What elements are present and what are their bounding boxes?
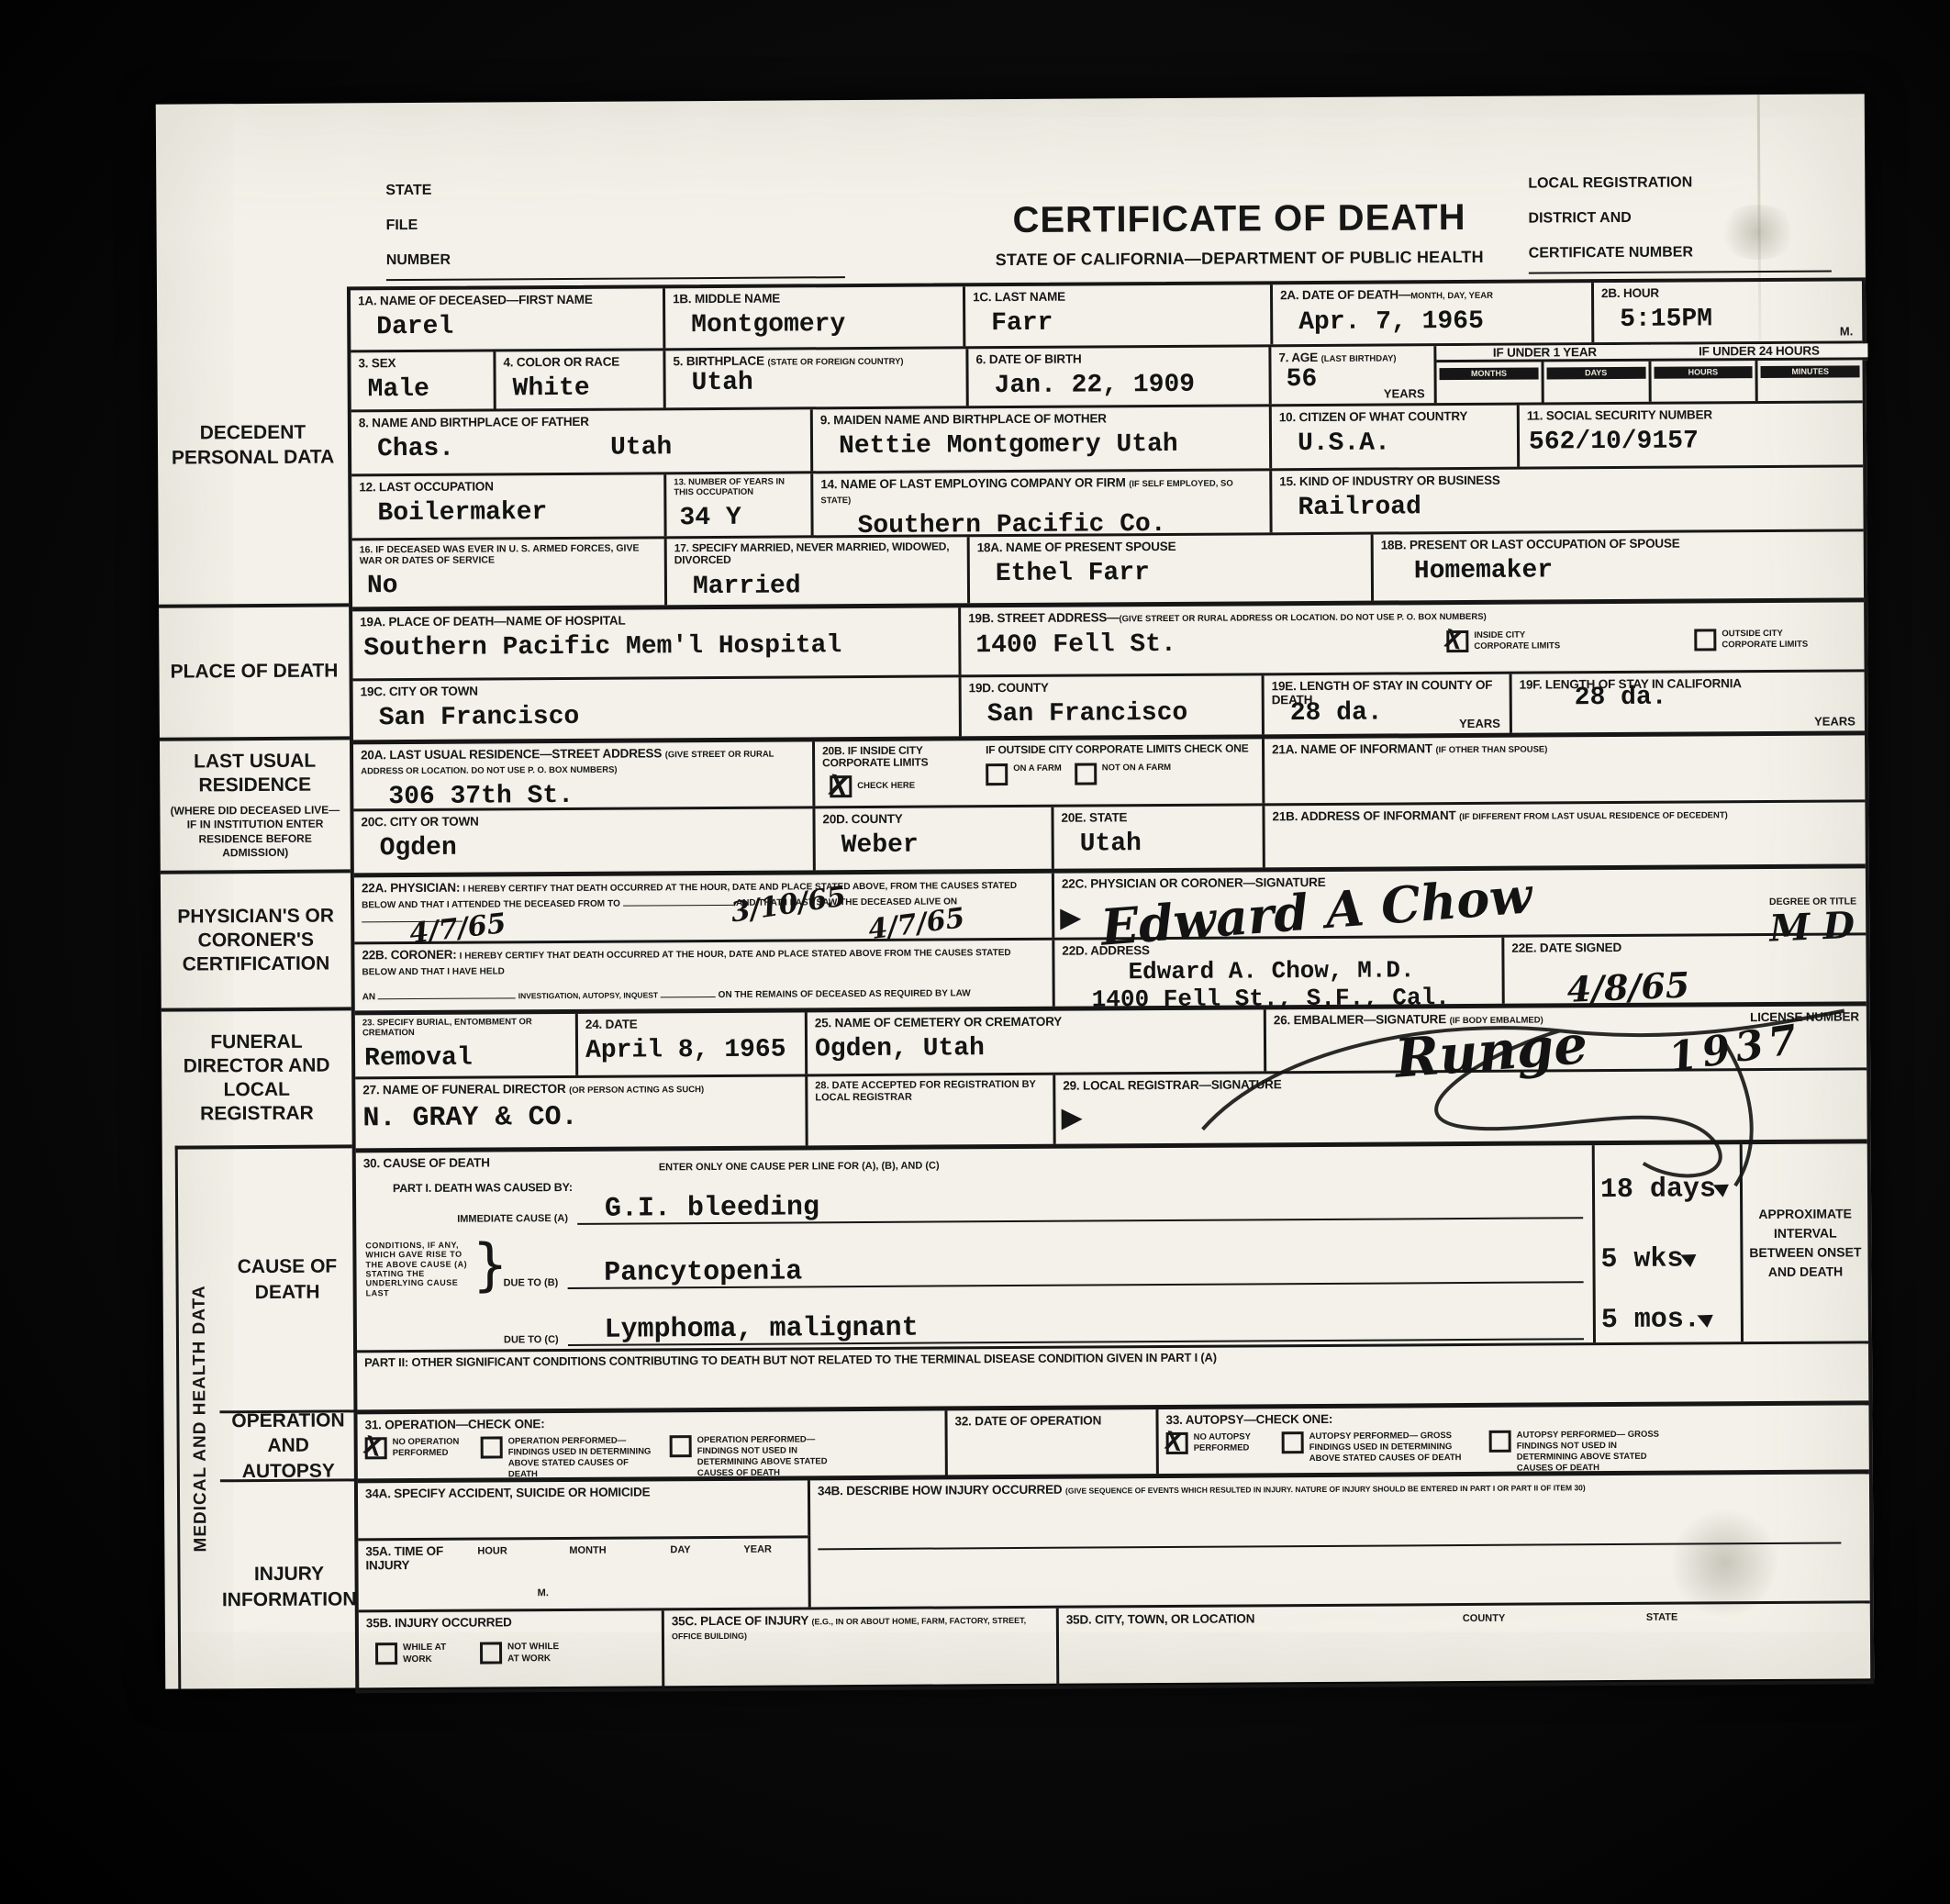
no-autopsy-group: X NO AUTOPSY PERFORMED: [1166, 1431, 1267, 1475]
field-16: 16. IF DECEASED WAS EVER IN U. S. ARMED …: [352, 539, 664, 607]
field-19e-unit: YEARS: [1459, 718, 1500, 729]
field-32: 32. DATE OF OPERATION: [944, 1409, 1155, 1475]
autopsy-findings-not-used-checkbox: [1489, 1431, 1511, 1453]
interval-a: 18 days◀: [1600, 1175, 1716, 1204]
field-4-value: White: [513, 375, 656, 402]
not-while-at-work-checkbox: [480, 1642, 502, 1665]
no-autopsy-checkbox: X: [1166, 1432, 1188, 1454]
state-file-number-block: STATE FILE NUMBER: [385, 184, 451, 288]
m-label: M.: [538, 1587, 549, 1599]
field-2a-value: Apr. 7, 1965: [1298, 308, 1584, 336]
field-20b: 20B. IF INSIDE CITY CORPORATE LIMITS X C…: [812, 739, 1262, 806]
field-6: 6. DATE OF BIRTH Jan. 22, 1909: [965, 347, 1268, 406]
autopsy-findings-not-used-group: AUTOPSY PERFORMED— GROSS FINDINGS NOT US…: [1489, 1430, 1673, 1475]
row-34: 34A. SPECIFY ACCIDENT, SUICIDE OR HOMICI…: [358, 1469, 1869, 1538]
while-at-work-checkbox: [375, 1642, 397, 1665]
on-farm-checkbox: [986, 763, 1008, 785]
registrar-arrow-icon: ▶: [1061, 1105, 1082, 1132]
field-20a-value: 306 37th St.: [388, 782, 805, 810]
page-title: CERTIFICATE OF DEATH: [872, 198, 1606, 239]
field-18b: 18B. PRESENT OR LAST OCCUPATION OF SPOUS…: [1371, 531, 1864, 600]
autopsy-findings-used-checkbox: [1282, 1431, 1304, 1453]
field-13-value: 34 Y: [679, 505, 803, 531]
outside-limits-label: IF OUTSIDE CITY CORPORATE LIMITS CHECK O…: [986, 742, 1254, 756]
field-19f: 19F. LENGTH OF STAY IN CALIFORNIA 28 da.…: [1510, 672, 1865, 732]
field-35a: 35A. TIME OF INJURY HOUR MONTH DAY YEAR …: [358, 1535, 808, 1609]
field-2b-value: 5:15PM: [1620, 306, 1855, 334]
field-22c: 22C. PHYSICIAN OR CORONER—SIGNATURE DEGR…: [1052, 868, 1866, 937]
field-2a: 2A. DATE OF DEATH—MONTH, DAY, YEAR Apr. …: [1270, 283, 1591, 344]
not-on-farm-group: NOT ON A FARM: [1075, 763, 1171, 785]
row-31: 31. OPERATION—CHECK ONE: X NO OPERATION …: [357, 1400, 1868, 1478]
row-4: 12. LAST OCCUPATION Boilermaker 13. NUMB…: [351, 464, 1863, 538]
field-25-value: Ogden, Utah: [815, 1035, 1256, 1063]
days-label: DAYS: [1546, 367, 1645, 379]
field-23-value: Removal: [364, 1045, 568, 1072]
field-22d-line2: 1400 Fell St., S.F., Cal.: [1092, 985, 1450, 1011]
certificate-paper: STATE FILE NUMBER CERTIFICATE OF DEATH S…: [156, 94, 1875, 1688]
row-35b: 35B. INJURY OCCURRED WHILE AT WORK NOT W…: [359, 1600, 1871, 1689]
field-21a-value: [1290, 761, 1857, 764]
field-1c: 1C. LAST NAME Farr: [963, 284, 1270, 346]
immediate-cause-label: IMMEDIATE CAUSE (A): [457, 1213, 568, 1225]
field-28-value: [833, 1109, 1045, 1110]
operation-findings-not-used-group: OPERATION PERFORMED— FINDINGS NOT USED I…: [670, 1434, 844, 1479]
row-20a: 20A. LAST USUAL RESIDENCE—STREET ADDRESS…: [353, 730, 1865, 808]
county-label: COUNTY: [1463, 1613, 1506, 1625]
field-1a-value: Darel: [376, 313, 655, 340]
paper-smudge: [1716, 205, 1799, 261]
field-35d-value: [1085, 1631, 1863, 1635]
field-17: 17. SPECIFY MARRIED, NEVER MARRIED, WIDO…: [664, 537, 967, 605]
sidebar-last-usual-residence: LAST USUAL RESIDENCE (WHERE DID DECEASED…: [160, 736, 351, 870]
cause-a-value: G.I. bleeding: [605, 1192, 819, 1224]
field-10-value: U.S.A.: [1298, 430, 1510, 457]
inside-city-checkbox: X: [1446, 630, 1468, 652]
check-here-label: CHECK HERE: [857, 781, 915, 792]
field-19e: 19E. LENGTH OF STAY IN COUNTY OF DEATH 2…: [1262, 674, 1510, 735]
signature-arrow-icon: ▶: [1060, 905, 1081, 932]
field-19d: 19D. COUNTY San Francisco: [959, 675, 1262, 736]
field-23: 23. SPECIFY BURIAL, ENTOMBMENT OR CREMAT…: [355, 1014, 575, 1076]
sidebar-physician-certification: PHYSICIAN'S OR CORONER'S CERTIFICATION: [161, 869, 351, 1008]
part1-label: PART I. DEATH WAS CAUSED BY:: [393, 1181, 573, 1195]
row-2: 3. SEX Male 4. COLOR OR RACE White 5. BI…: [351, 340, 1862, 409]
operation-findings-used-group: OPERATION PERFORMED— FINDINGS USED IN DE…: [481, 1436, 655, 1481]
field-3: 3. SEX Male: [351, 351, 493, 409]
field-21b: 21B. ADDRESS OF INFORMANT (IF DIFFERENT …: [1262, 802, 1865, 867]
sidebar-place-of-death: PLACE OF DEATH: [159, 603, 350, 737]
row-5: 16. IF DECEASED WAS EVER IN U. S. ARMED …: [352, 529, 1864, 607]
on-farm-group: ON A FARM: [986, 763, 1062, 786]
field-20c-value: Ogden: [380, 834, 806, 863]
field-7: 7. AGE (LAST BIRTHDAY) 56 YEARS: [1268, 346, 1433, 404]
inside-city-group: X INSIDE CITY CORPORATE LIMITS: [1446, 629, 1561, 652]
not-while-at-work-group: NOT WHILE AT WORK: [480, 1642, 572, 1665]
row-19cf: 19C. CITY OR TOWN San Francisco 19D. COU…: [353, 669, 1865, 740]
field-24: 24. DATE April 8, 1965: [575, 1012, 805, 1075]
sidebar-funeral-director: FUNERAL DIRECTOR AND LOCAL REGISTRAR: [162, 1007, 352, 1145]
field-34a: 34A. SPECIFY ACCIDENT, SUICIDE OR HOMICI…: [358, 1480, 808, 1538]
row-27: 27. NAME OF FUNERAL DIRECTOR (OR PERSON …: [355, 1067, 1866, 1148]
field-26: 26. EMBALMER—SIGNATURE (IF BODY EMBALMED…: [1264, 1006, 1866, 1071]
field-35b: 35B. INJURY OCCURRED WHILE AT WORK NOT W…: [359, 1610, 663, 1689]
conditions-label: CONDITIONS, IF ANY, WHICH GAVE RISE TO T…: [365, 1241, 475, 1298]
field-12: 12. LAST OCCUPATION Boilermaker: [351, 474, 663, 538]
field-28: 28. DATE ACCEPTED FOR REGISTRATION BY LO…: [805, 1075, 1053, 1146]
if-under-1-year-label: IF UNDER 1 YEAR: [1436, 345, 1653, 363]
field-20e-value: Utah: [1080, 831, 1255, 858]
field-34a-value: [384, 1506, 800, 1509]
not-on-farm-checkbox: [1075, 763, 1097, 785]
if-under-24-hours-label: IF UNDER 24 HOURS: [1651, 343, 1867, 362]
field-2b: 2B. HOUR 5:15PM M.: [1591, 281, 1862, 342]
row-30: 30. CAUSE OF DEATH ENTER ONLY ONE CAUSE …: [356, 1139, 1868, 1350]
field-9-value: Nettie Montgomery Utah: [839, 431, 1262, 460]
field-20d: 20D. COUNTY Weber: [812, 807, 1051, 871]
district-label: DISTRICT AND: [1528, 210, 1692, 226]
months-label: MONTHS: [1440, 368, 1539, 380]
field-35c-value: [690, 1647, 1049, 1649]
row-35a: 35A. TIME OF INJURY HOUR MONTH DAY YEAR …: [358, 1529, 1869, 1609]
file-label: FILE: [386, 218, 451, 233]
field-19c: 19C. CITY OR TOWN San Francisco: [353, 677, 959, 740]
field-10: 10. CITIZEN OF WHAT COUNTRY U.S.A.: [1269, 406, 1517, 469]
certificate-number-label: CERTIFICATE NUMBER: [1529, 245, 1693, 261]
interval-b: 5 wks◀: [1600, 1246, 1683, 1275]
field-18a-value: Ethel Farr: [996, 560, 1364, 587]
day-label: DAY: [670, 1544, 690, 1556]
interval-c: 5 mos.◀: [1601, 1306, 1700, 1334]
field-34b-writing-area: [808, 1529, 1869, 1607]
residence-note: (WHERE DID DECEASED LIVE—IF IN INSTITUTI…: [169, 803, 340, 862]
while-at-work-group: WHILE AT WORK: [375, 1642, 458, 1666]
autopsy-findings-used-group: AUTOPSY PERFORMED— GROSS FINDINGS USED I…: [1282, 1431, 1475, 1475]
month-label: MONTH: [569, 1545, 606, 1557]
no-operation-checkbox: X: [365, 1437, 387, 1459]
field-20d-value: Weber: [841, 832, 1044, 859]
field-2b-m: M.: [1840, 325, 1854, 337]
field-20e: 20E. STATE Utah: [1051, 806, 1262, 868]
field-18b-value: Homemaker: [1414, 557, 1856, 585]
field-14: 14. NAME OF LAST EMPLOYING COMPANY OR FI…: [810, 471, 1269, 535]
field-19c-value: San Francisco: [379, 703, 952, 732]
due-b-label: DUE TO (B): [504, 1277, 559, 1289]
field-18a: 18A. NAME OF PRESENT SPOUSE Ethel Farr: [967, 535, 1371, 604]
field-35d: 35D. CITY, TOWN, OR LOCATION COUNTY STAT…: [1056, 1603, 1870, 1685]
field-19f-unit: YEARS: [1814, 715, 1855, 727]
field-9: 9. MAIDEN NAME AND BIRTHPLACE OF MOTHER …: [810, 406, 1269, 471]
operation-findings-used-checkbox: [481, 1437, 503, 1459]
state-label: STATE: [1646, 1612, 1678, 1624]
number-label: NUMBER: [386, 253, 451, 268]
field-4: 4. COLOR OR RACE White: [493, 351, 663, 408]
field-3-value: Male: [368, 377, 486, 404]
field-17-value: Married: [693, 573, 960, 600]
field-19a: 19A. PLACE OF DEATH—NAME OF HOSPITAL Sou…: [352, 607, 958, 678]
state-label: STATE: [385, 184, 450, 198]
approximate-interval-label: APPROXIMATE INTERVAL BETWEEN ONSET AND D…: [1740, 1143, 1868, 1342]
due-c-label: DUE TO (C): [504, 1334, 559, 1346]
field-20c: 20C. CITY OR TOWN Ogden: [353, 808, 812, 873]
field-22e-value: 4/8/65: [1566, 961, 1859, 1008]
row-23: 23. SPECIFY BURIAL, ENTOMBMENT OR CREMAT…: [355, 1001, 1866, 1076]
row-22a: 22A. PHYSICIAN: I HEREBY CERTIFY THAT DE…: [354, 863, 1866, 941]
field-15: 15. KIND OF INDUSTRY OR BUSINESS Railroa…: [1269, 467, 1863, 532]
field-31: 31. OPERATION—CHECK ONE: X NO OPERATION …: [357, 1410, 944, 1478]
field-13: 13. NUMBER OF YEARS IN THIS OCCUPATION 3…: [663, 473, 810, 536]
page-subtitle: STATE OF CALIFORNIA—DEPARTMENT OF PUBLIC…: [873, 248, 1607, 269]
field-1c-value: Farr: [991, 309, 1263, 337]
photo-background: STATE FILE NUMBER CERTIFICATE OF DEATH S…: [0, 0, 1950, 1904]
field-22e: 22E. DATE SIGNED 4/8/65: [1501, 935, 1866, 1003]
field-19b: 19B. STREET ADDRESS—(GIVE STREET OR RURA…: [958, 602, 1864, 674]
medical-health-data-band: MEDICAL AND HEALTH DATA CAUSE OF DEATH O…: [175, 1144, 356, 1688]
field-15-value: Railroad: [1298, 493, 1855, 522]
medical-health-data-vertical: MEDICAL AND HEALTH DATA: [178, 1149, 222, 1688]
state-file-rule: [386, 276, 845, 281]
field-6-value: Jan. 22, 1909: [995, 372, 1262, 399]
hours-label: HOURS: [1654, 366, 1753, 378]
field-16-value: No: [367, 573, 657, 600]
field-22a: 22A. PHYSICIAN: I HEREBY CERTIFY THAT DE…: [354, 874, 1052, 942]
field-34b-value: [836, 1498, 1862, 1505]
field-27: 27. NAME OF FUNERAL DIRECTOR (OR PERSON …: [355, 1076, 805, 1148]
row-1: 1A. NAME OF DECEASED—FIRST NAME Darel 1B…: [351, 281, 1862, 350]
field-29-value: [1081, 1095, 1859, 1099]
local-registration-label: LOCAL REGISTRATION: [1528, 175, 1692, 191]
field-5: 5. BIRTHPLACE (STATE OR FOREIGN COUNTRY)…: [663, 349, 965, 407]
field-1b-value: Montgomery: [691, 311, 955, 339]
field-27-value: N. GRAY & CO.: [362, 1102, 797, 1132]
row-19ab: 19A. PLACE OF DEATH—NAME OF HOSPITAL Sou…: [352, 597, 1864, 678]
field-30: 30. CAUSE OF DEATH ENTER ONLY ONE CAUSE …: [356, 1143, 1868, 1350]
field-20a: 20A. LAST USUAL RESIDENCE—STREET ADDRESS…: [353, 741, 812, 808]
field-34b: 34B. DESCRIBE HOW INJURY OCCURRED (GIVE …: [808, 1474, 1869, 1535]
year-label: YEAR: [743, 1544, 772, 1556]
field-22d-line1: Edward A. Chow, M.D.: [1128, 958, 1414, 984]
field-part2: PART II: OTHER SIGNIFICANT CONDITIONS CO…: [357, 1343, 1868, 1409]
field-11-value: 562/10/9157: [1529, 429, 1855, 456]
field-24-value: April 8, 1965: [585, 1038, 797, 1064]
age-hours-col: IF UNDER 24 HOURS HOURS: [1648, 344, 1755, 402]
sidebar-injury-information: INJURY INFORMATION: [220, 1478, 358, 1692]
no-operation-group: X NO OPERATION PERFORMED: [365, 1437, 466, 1481]
certificate-header: CERTIFICATE OF DEATH STATE OF CALIFORNIA…: [872, 198, 1606, 269]
hour-label: HOUR: [477, 1545, 507, 1557]
field-22b: 22B. CORONER: I HEREBY CERTIFY THAT DEAT…: [354, 941, 1052, 1011]
field-22d: 22D. ADDRESS Edward A. Chow, M.D. 1400 F…: [1052, 938, 1501, 1007]
field-33: 33. AUTOPSY—CHECK ONE: X NO AUTOPSY PERF…: [1155, 1405, 1868, 1474]
field-1a: 1A. NAME OF DECEASED—FIRST NAME Darel: [351, 288, 663, 350]
outside-city-checkbox: [1694, 629, 1716, 651]
cause-c-value: Lymphoma, malignant: [604, 1313, 918, 1346]
field-8: 8. NAME AND BIRTHPLACE OF FATHER Chas.Ut…: [351, 409, 810, 473]
row-3: 8. NAME AND BIRTHPLACE OF FATHER Chas.Ut…: [351, 400, 1863, 473]
minutes-label: MINUTES: [1761, 365, 1860, 377]
certificate-form: 1A. NAME OF DECEASED—FIRST NAME Darel 1B…: [347, 277, 1874, 1693]
age-subgrid: IF UNDER 1 YEAR MONTHS DAYS IF UNDER 24 …: [1433, 343, 1862, 403]
row-20c: 20C. CITY OR TOWN Ogden 20D. COUNTY Webe…: [353, 799, 1865, 873]
field-11: 11. SOCIAL SECURITY NUMBER 562/10/9157: [1517, 403, 1863, 466]
field-7-unit: YEARS: [1384, 387, 1425, 399]
inside-city-label: INSIDE CITY CORPORATE LIMITS: [1474, 629, 1561, 651]
outside-city-label: OUTSIDE CITY CORPORATE LIMITS: [1722, 629, 1809, 651]
field-21a: 21A. NAME OF INFORMANT (IF OTHER THAN SP…: [1262, 735, 1865, 803]
sidebar-decedent-personal-data: DECEDENT PERSONAL DATA: [157, 286, 349, 604]
field-5-value: Utah: [692, 369, 959, 396]
check-here-checkbox: X: [830, 775, 852, 797]
operation-findings-not-used-checkbox: [670, 1435, 692, 1457]
sidebar-operation-autopsy: OPERATION AND AUTOPSY: [219, 1409, 356, 1479]
local-registration-block: LOCAL REGISTRATION DISTRICT AND CERTIFIC…: [1528, 175, 1693, 281]
field-21b-value: [1291, 828, 1858, 831]
field-32-value: [974, 1434, 1149, 1435]
field-1b: 1B. MIDDLE NAME Montgomery: [663, 286, 963, 348]
row-22b: 22B. CORONER: I HEREBY CERTIFY THAT DEAT…: [354, 932, 1866, 1010]
cause-b-value: Pancytopenia: [604, 1256, 802, 1288]
cause-note: ENTER ONLY ONE CAUSE PER LINE FOR (A), (…: [659, 1161, 940, 1175]
field-25: 25. NAME OF CEMETERY OR CREMATORY Ogden,…: [805, 1009, 1264, 1074]
outside-city-group: OUTSIDE CITY CORPORATE LIMITS: [1694, 629, 1809, 651]
interval-column: 18 days◀ 5 wks◀ 5 mos.◀: [1592, 1144, 1741, 1342]
field-35c: 35C. PLACE OF INJURY (E.G., IN OR ABOUT …: [662, 1609, 1057, 1688]
sidebar-cause-of-death: CAUSE OF DEATH: [218, 1148, 357, 1410]
field-12-value: Boilermaker: [377, 499, 656, 527]
field-8-value: Chas.Utah: [377, 435, 803, 463]
field-19a-value: Southern Pacific Mem'l Hospital: [363, 633, 951, 663]
field-29: 29. LOCAL REGISTRAR—SIGNATURE ▶: [1053, 1070, 1866, 1143]
field-19d-value: San Francisco: [987, 701, 1254, 729]
row-part2: PART II: OTHER SIGNIFICANT CONDITIONS CO…: [357, 1341, 1868, 1409]
age-months-col: IF UNDER 1 YEAR MONTHS: [1433, 345, 1541, 403]
